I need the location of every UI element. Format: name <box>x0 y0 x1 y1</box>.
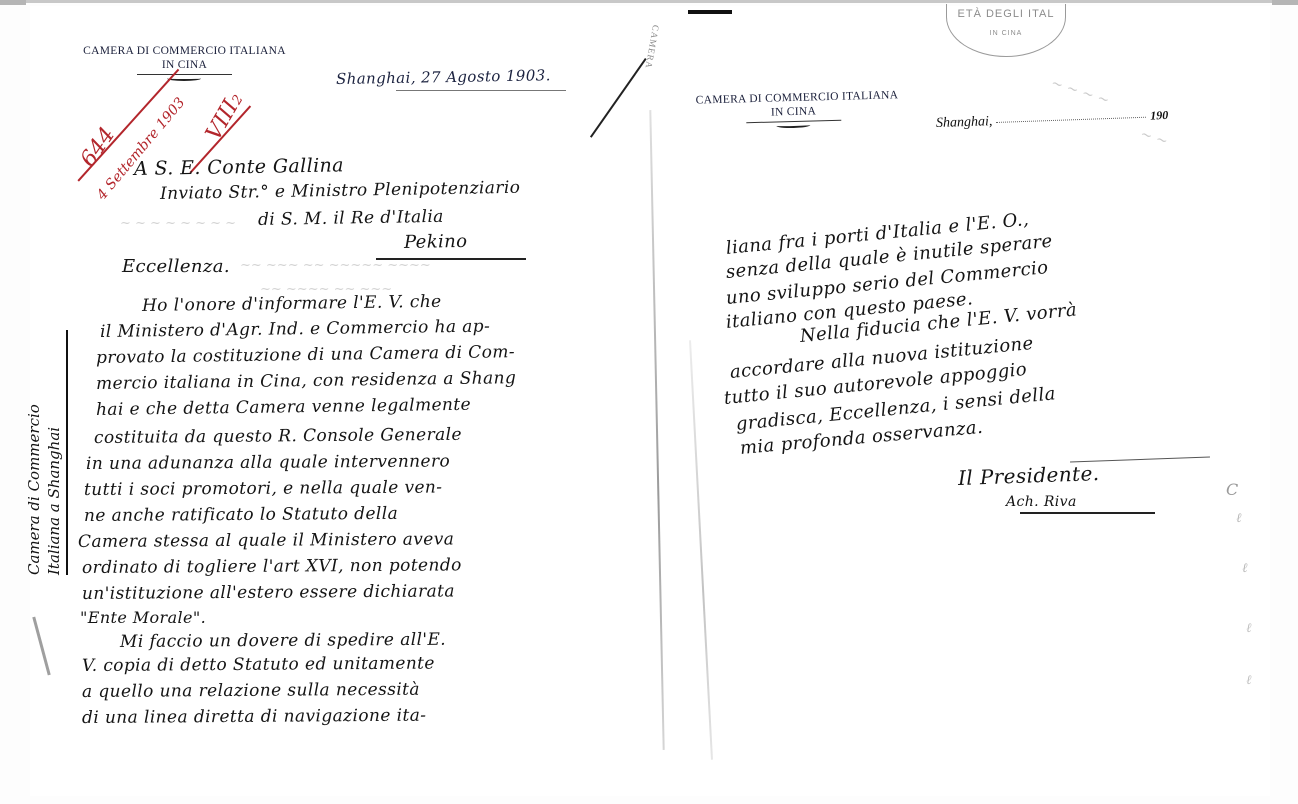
dateline-year: 190 <box>1150 108 1168 123</box>
stamp-text-middle: IN CINA <box>947 30 1065 37</box>
body-line: un'istituzione all'estero essere dichiar… <box>82 581 455 604</box>
letterhead-subtitle: IN CINA <box>82 59 287 71</box>
body-line: ordinato di togliere l'art XVI, non pote… <box>82 555 462 578</box>
margin-note-rule <box>66 330 68 575</box>
body-line: tutti i soci promotori, e nella quale ve… <box>84 477 443 500</box>
letterhead-subtitle: IN CINA <box>696 103 891 120</box>
addressee-line-4: Pekino <box>404 231 468 253</box>
edge-mark: ℓ <box>1246 672 1251 688</box>
body-line: a quello una relazione sulla necessità <box>82 680 420 702</box>
dateline-prefix: Shanghai, <box>936 114 993 131</box>
addressee-line-3: di S. M. il Re d'Italia <box>258 207 444 230</box>
body-line: Ho l'onore d'informare l'E. V. che <box>142 292 442 316</box>
document-viewer: CAMERA DI COMMERCIO ITALIANA IN CINA 644… <box>0 0 1298 804</box>
addressee-line-1: A S. E. Conte Gallina <box>134 154 344 180</box>
body-line: ne anche ratificato lo Statuto della <box>84 504 398 526</box>
dateline-dotted-rule <box>396 90 566 91</box>
edge-mark: C <box>1226 480 1238 499</box>
margin-note: Camera di Commercio Italiana a Shanghai <box>24 404 64 575</box>
edge-mark: ℓ <box>1246 620 1251 636</box>
stamp-text-top: ETÀ DEGLI ITAL <box>947 8 1065 20</box>
signature-underline <box>1020 512 1155 514</box>
letterhead-title: CAMERA DI COMMERCIO ITALIANA <box>82 45 287 57</box>
body-line: costituita da questo R. Console Generale <box>94 425 462 448</box>
page-corner-mark <box>688 10 732 14</box>
letterhead-right: CAMERA DI COMMERCIO ITALIANA IN CINA <box>696 89 892 130</box>
body-line: di una linea diretta di navigazione ita- <box>82 706 426 728</box>
body-line: V. copia di detto Statuto ed unitamente <box>82 654 435 676</box>
body-line: Mi faccio un dovere di spedire all'E. <box>120 630 446 652</box>
scroll-tab-left <box>0 0 26 5</box>
dateline-dotted-rule <box>996 115 1146 122</box>
closing-title: Il Presidente. <box>958 461 1100 490</box>
letterhead-flourish-icon <box>137 74 232 81</box>
bleed-through-1: ~ ~ ~ ~ ~ ~ ~ ~ <box>120 216 236 231</box>
dateline: Shanghai, 27 Agosto 1903. <box>336 66 551 88</box>
viewer-top-border <box>0 0 1298 3</box>
body-line: Camera stessa al quale il Ministero avev… <box>78 529 454 552</box>
edge-mark: ℓ <box>1242 560 1247 576</box>
edge-mark: ℓ <box>1236 510 1241 526</box>
signature: Ach. Riva <box>1006 494 1077 510</box>
margin-note-line-1: Camera di Commercio <box>24 404 44 575</box>
scroll-tab-right <box>1272 0 1298 5</box>
letterhead-left: CAMERA DI COMMERCIO ITALIANA IN CINA <box>82 45 287 81</box>
salutation: Eccellenza. <box>122 256 230 277</box>
body-line: "Ente Morale". <box>80 608 206 627</box>
margin-note-line-2: Italiana a Shanghai <box>44 404 64 575</box>
bleed-through-2: ~~ ~~~ ~~ ~~~~~ ~~~~ <box>240 258 431 273</box>
body-line: in una adunanza alla quale intervennero <box>86 451 450 474</box>
